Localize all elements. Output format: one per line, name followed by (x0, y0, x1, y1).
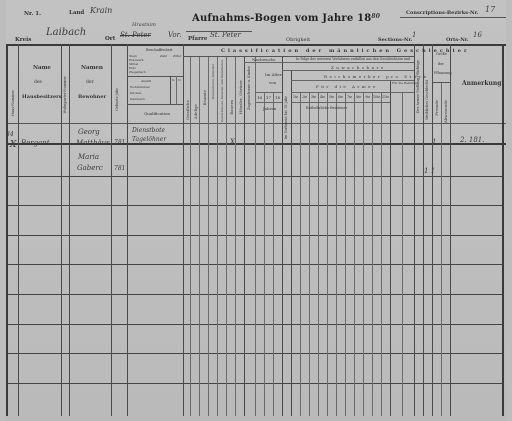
header-line (282, 62, 414, 63)
header-line (127, 76, 183, 77)
note: 2. 181. (460, 136, 485, 144)
col-line (244, 56, 245, 416)
qualification-label: Qualification (144, 111, 170, 116)
row-line (6, 383, 502, 384)
num-col-label: 2te (302, 95, 307, 99)
age-18: 18 (275, 95, 280, 100)
box-line (176, 76, 177, 104)
groesse-label: Größe (436, 52, 447, 56)
pfarre-label: Pfarre (188, 36, 207, 42)
col-line (441, 82, 442, 416)
conscriptions-label: Conscriptions-Bezirks-Nr. (406, 10, 479, 16)
col-line (450, 44, 451, 416)
row-line (6, 235, 502, 236)
beschaffenheit-title: Beschaffenheit (146, 48, 172, 52)
right-col-label: Weibliches Geschlecht (425, 80, 429, 120)
class-col-label: Gewerbsleute, Künstler und Dienstboten (220, 60, 224, 122)
num-col-label: 10te (373, 95, 380, 99)
im-alter-label: Im Alter (265, 72, 282, 77)
num-col-label: 4te (320, 95, 325, 99)
col-line (226, 56, 227, 416)
right-col-label: Fremde (434, 100, 439, 116)
anzahl-row: Kammern (130, 97, 145, 101)
resident-der-label: der (86, 80, 94, 85)
age-16: 16 (257, 95, 262, 100)
col-line-residents (111, 44, 112, 416)
right-col-label: Der Armee Stellung Pflichtige (416, 60, 420, 113)
num-col-label: 3te (311, 95, 316, 99)
orts-value: 16 (473, 31, 482, 39)
pfarre-rule (186, 31, 252, 32)
birth-year: 781 (114, 139, 125, 146)
col-line (235, 56, 236, 416)
owner-name: Bergant (21, 139, 50, 147)
resident-names-label: Namen (81, 65, 103, 71)
col-line (423, 44, 424, 416)
kreis-label: Kreis (15, 37, 31, 43)
num-col-label: 7te (347, 95, 352, 99)
col-line (390, 80, 391, 416)
conscriptions-value: 17 (485, 5, 495, 14)
table-left-border (6, 44, 8, 416)
obrigkeit-label: Obrigkeit (286, 37, 310, 43)
box-line (170, 76, 171, 104)
col-line (336, 92, 337, 416)
beschaffenheit-col-a: Zahl (160, 54, 167, 58)
census-form-sheet: Nr. 1. Land Krain Aufnahms-Bogen vom Jah… (6, 0, 506, 421)
col-line (273, 92, 274, 416)
header-line (255, 102, 282, 103)
num-col-label: 11te (382, 95, 389, 99)
col-line (255, 56, 256, 416)
class-col-label: Zugewachsene u. Kinder (247, 66, 251, 110)
anmerkung-label: Anmerkung (462, 80, 501, 87)
zuwachsbare-label: Zuwachsbare (331, 65, 386, 70)
col-line (264, 92, 265, 416)
col-line (309, 92, 310, 416)
haus-nr-label: Haus-Nummer (11, 90, 15, 116)
von-label: von (269, 80, 276, 85)
col-line (372, 92, 373, 416)
num-col-label: 6te (338, 95, 343, 99)
page-title: Aufnahms-Bogen vom Jahre 1880 (192, 13, 380, 24)
right-mark: 1 (432, 138, 436, 146)
kreis-value: Laibach (46, 27, 86, 38)
nachwuchs-label: Nachwuchs (252, 57, 276, 62)
land-label: Land (69, 10, 84, 16)
row-line (6, 264, 502, 265)
class-mark: X (230, 138, 235, 146)
row-line (6, 294, 502, 295)
table-right-border (502, 44, 504, 416)
col-line (318, 92, 319, 416)
col-line (432, 44, 433, 416)
class-col-label: Adelige (193, 104, 198, 119)
num-col-label: 8te (356, 95, 361, 99)
col-line-party (69, 44, 70, 416)
header-line (282, 70, 414, 71)
class-col-label: Honoratioren, Künstler (211, 64, 215, 99)
header-line (127, 104, 183, 105)
header-line (291, 102, 390, 103)
entfallende-text: In Folge des weiteren Verfahrens entfall… (296, 57, 410, 61)
col-line (414, 44, 415, 416)
row-line (6, 205, 502, 206)
resident-last-name: Matthäus (76, 139, 110, 147)
ort-label: Ort (105, 36, 115, 42)
entbehrliche-label: Entbehrliche Beisteuer (306, 106, 347, 110)
pflanzung-label: Pflanzung (434, 71, 452, 75)
ort-value-suffix: Vor. (168, 31, 181, 39)
geburts-jahr-label: Geburts-Jahr (115, 88, 119, 111)
col-line-haus-nr (18, 44, 19, 416)
col-line (300, 92, 301, 416)
reichsmerker-label: Reichsmerker pro Stück (324, 74, 428, 79)
sections-value: 1 (412, 31, 416, 39)
age-17: 17 (266, 95, 271, 100)
right-mark: 1 1 (424, 167, 435, 175)
owner-des-label: des (34, 80, 42, 85)
class-col-label: Häusler, Gärtner (238, 80, 243, 114)
class-col-label: Bauern (229, 100, 234, 115)
row-mark-x: X (10, 140, 16, 150)
ort-value-above: Hrastnim (132, 22, 156, 28)
nr-label: Nr. 1. (24, 11, 41, 17)
col-line (354, 92, 355, 416)
num-col-label: 1te (293, 95, 298, 99)
col-line (381, 92, 382, 416)
table-top-border (6, 44, 506, 46)
col-line-birth (127, 44, 128, 416)
owner-name-label: Name (33, 65, 51, 71)
der-label: der (438, 62, 444, 66)
qualification-line-1: Dienstbote (132, 127, 165, 134)
col-line (190, 56, 191, 416)
resident-bewohner-label: Bewohner (78, 94, 106, 100)
anzahl-title: Anzahl (141, 79, 151, 83)
row-line (6, 324, 502, 325)
beschaffenheit-row: Ziegeldach (129, 70, 146, 74)
col-line (217, 56, 218, 416)
row-marker: 34 (6, 131, 14, 138)
col-line (208, 56, 209, 416)
owner-hausbesitzer-label: Hausbesitzers (22, 94, 62, 100)
col-line (402, 92, 403, 416)
col-line (291, 70, 292, 416)
resident-first-name: Georg (78, 128, 100, 136)
resident-last-name: Gaberc (77, 164, 103, 172)
col-line-qualification (183, 44, 184, 416)
col-line (327, 92, 328, 416)
resident-first-name: Maria (78, 153, 99, 161)
fuer-rekruten-label: Für die Rekruten (392, 81, 418, 85)
birth-year: 781 (114, 165, 125, 172)
pfarre-value: St. Peter (210, 31, 241, 39)
anzahl-row: Küchen (130, 91, 141, 95)
header-line (291, 92, 414, 93)
header-rule (400, 17, 506, 18)
num-col-label: 5te (329, 95, 334, 99)
num-col-label: 9te (365, 95, 370, 99)
header-line (244, 62, 282, 63)
col-line (199, 56, 200, 416)
class-col-label: Geistliche (185, 100, 190, 120)
class-col-label: Beamte (202, 90, 207, 105)
ort-value-struck: St. Peter (120, 31, 151, 39)
classification-title: Classification der männlichen Geschlecht… (221, 48, 470, 54)
fuer-armee-label: Für die Armee (316, 84, 378, 89)
wohnpartei-label: Wohnpartei-Nummer (63, 76, 67, 113)
anzahl-row: Wohnzimmer (130, 85, 150, 89)
jahren-label: Jahren (263, 106, 276, 111)
row-line (6, 176, 502, 177)
row-line (6, 353, 502, 354)
land-value: Krain (90, 6, 112, 15)
header-line (255, 92, 282, 93)
right-col-label: Abwesende (443, 100, 448, 123)
sections-label: Sections-Nr. (378, 37, 412, 43)
header-line (432, 82, 450, 83)
anzahl-col: N. (178, 78, 181, 82)
header-subline (6, 123, 506, 124)
orts-label: Orts-Nr. (446, 37, 469, 43)
anzahl-col: S. (172, 78, 175, 82)
class-col-label: Im Vorhinein bis 18 Jahr (284, 96, 288, 139)
col-line (345, 92, 346, 416)
qualification-line-2: Tagelöhner (132, 136, 166, 143)
title-year-suffix: 80 (371, 13, 380, 20)
beschaffenheit-col-b: Ziffer (173, 54, 181, 58)
col-line (363, 92, 364, 416)
col-line (282, 56, 283, 416)
